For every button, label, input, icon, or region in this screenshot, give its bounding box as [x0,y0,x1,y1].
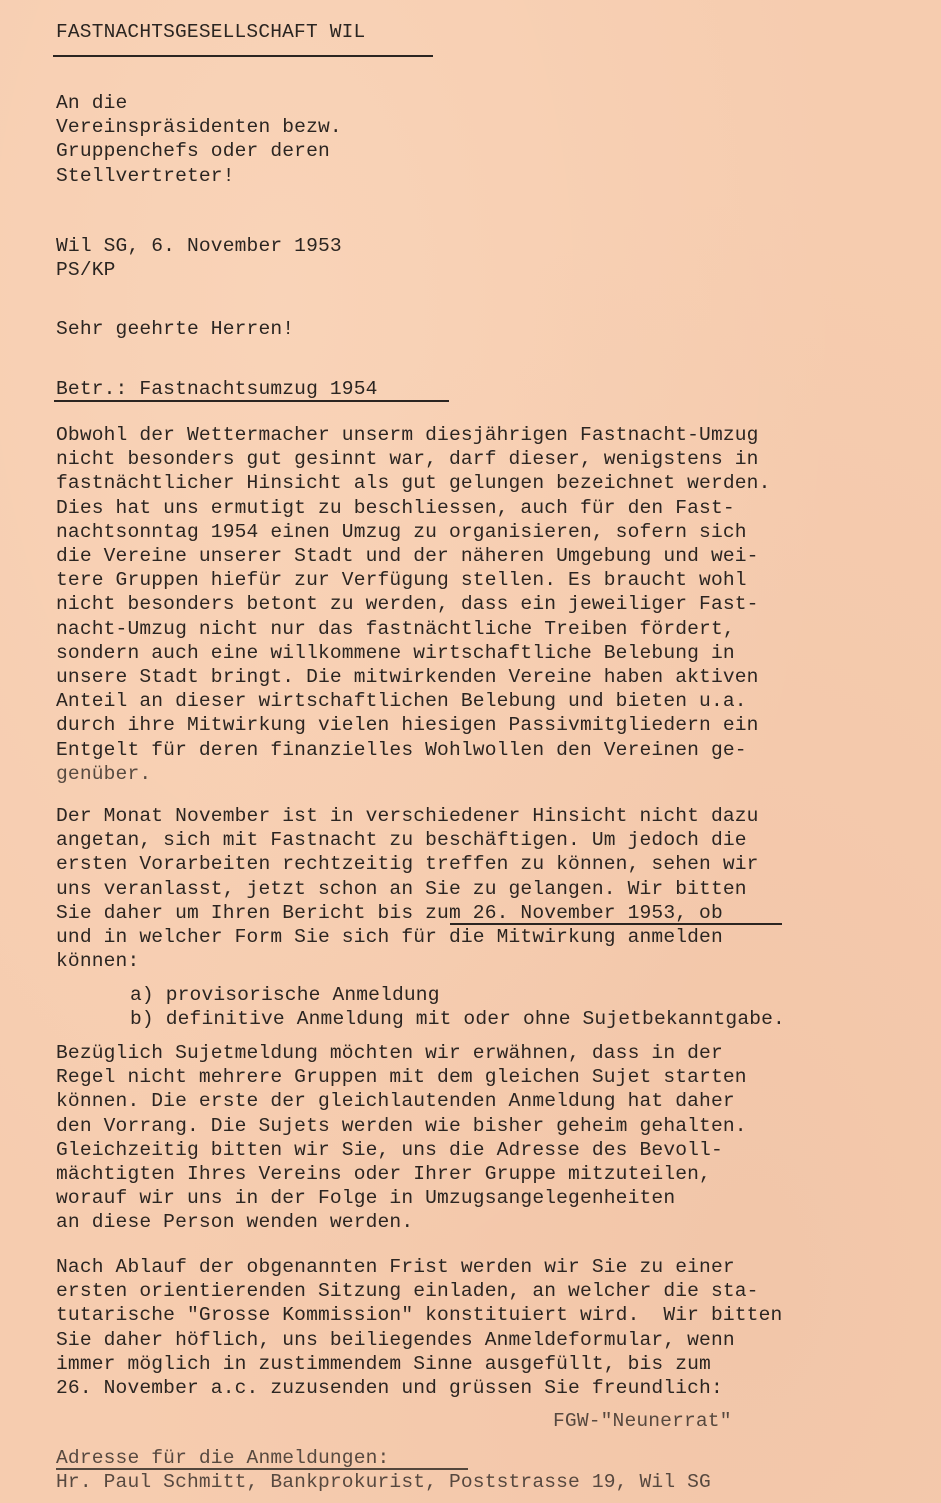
option-item: a) provisorische Anmeldung [130,983,785,1007]
text-line: ersten orientierenden Sitzung einladen, … [56,1279,782,1303]
text-line: Anteil an dieser wirtschaftlichen Belebu… [56,689,771,713]
subject-line: Betr.: Fastnachtsumzug 1954 [56,377,378,401]
text-line: Obwohl der Wettermacher unserm diesjähri… [56,423,771,447]
text-line: Der Monat November ist in verschiedener … [56,804,759,828]
text-line: genüber. [56,762,771,786]
date-block: Wil SG, 6. November 1953 PS/KP [56,234,342,282]
letter-page: FASTNACHTSGESELLSCHAFT WIL An die Verein… [0,0,941,1503]
subject-underline [54,400,449,402]
text-line: worauf wir uns in der Folge in Umzugsang… [56,1186,747,1210]
text-line: sondern auch eine willkommene wirtschaft… [56,641,771,665]
text-line: immer möglich in zustimmendem Sinne ausg… [56,1352,782,1376]
text-line: durch ihre Mitwirkung vielen hiesigen Pa… [56,713,771,737]
address-label: Adresse für die Anmeldungen: [56,1446,711,1470]
paragraph-4: Nach Ablauf der obgenannten Frist werden… [56,1255,782,1400]
address-label-underline [56,1468,468,1470]
letterhead-underline [53,55,433,57]
text-line: können: [56,949,759,973]
text-line: tutarische "Grosse Kommission" konstitui… [56,1303,782,1327]
paragraph-1: Obwohl der Wettermacher unserm diesjähri… [56,423,771,786]
date: Wil SG, 6. November 1953 [56,234,342,258]
text-line: an diese Person wenden werden. [56,1210,747,1234]
registration-options: a) provisorische Anmeldung b) definitive… [130,983,785,1031]
option-item: b) definitive Anmeldung mit oder ohne Su… [130,1007,785,1031]
text-line: uns veranlasst, jetzt schon an Sie zu ge… [56,877,759,901]
addressee-line: Stellvertreter! [56,164,342,188]
text-line: nacht-Umzug nicht nur das fastnächtliche… [56,617,771,641]
addressee-line: Vereinspräsidenten bezw. [56,115,342,139]
text-line: Entgelt für deren finanzielles Wohlwolle… [56,738,771,762]
text-line: die Vereine unserer Stadt und der nähere… [56,544,771,568]
text-line: tere Gruppen hiefür zur Verfügung stelle… [56,568,771,592]
text-line: Gleichzeitig bitten wir Sie, uns die Adr… [56,1138,747,1162]
text-line: und in welcher Form Sie sich für die Mit… [56,925,759,949]
text-line: nicht besonders betont zu werden, dass e… [56,592,771,616]
signature: FGW-"Neunerrat" [553,1409,732,1433]
text-line: nicht besonders gut gesinnt war, darf di… [56,447,771,471]
text-line: können. Die erste der gleichlautenden An… [56,1089,747,1113]
text-line: Regel nicht mehrere Gruppen mit dem glei… [56,1065,747,1089]
salutation: Sehr geehrte Herren! [56,317,294,341]
addressee-block: An die Vereinspräsidenten bezw. Gruppenc… [56,91,342,188]
registration-address: Adresse für die Anmeldungen: Hr. Paul Sc… [56,1446,711,1494]
letterhead: FASTNACHTSGESELLSCHAFT WIL [56,20,365,44]
deadline-underline [450,923,782,925]
text-line: angetan, sich mit Fastnacht zu beschäfti… [56,828,759,852]
paragraph-3: Bezüglich Sujetmeldung möchten wir erwäh… [56,1041,747,1235]
address-value: Hr. Paul Schmitt, Bankprokurist, Poststr… [56,1470,711,1494]
text-line: Nach Ablauf der obgenannten Frist werden… [56,1255,782,1279]
text-line: den Vorrang. Die Sujets werden wie bishe… [56,1114,747,1138]
text-line: Sie daher um Ihren Bericht bis zum 26. N… [56,901,759,925]
text-line: 26. November a.c. zuzusenden und grüssen… [56,1376,782,1400]
text-line: Sie daher höflich, uns beiliegendes Anme… [56,1328,782,1352]
text-line: mächtigten Ihres Vereins oder Ihrer Grup… [56,1162,747,1186]
text-line: nachtsonntag 1954 einen Umzug zu organis… [56,520,771,544]
text-line: ersten Vorarbeiten rechtzeitig treffen z… [56,852,759,876]
addressee-line: An die [56,91,342,115]
text-line: Bezüglich Sujetmeldung möchten wir erwäh… [56,1041,747,1065]
text-line: unsere Stadt bringt. Die mitwirkenden Ve… [56,665,771,689]
addressee-line: Gruppenchefs oder deren [56,139,342,163]
reference: PS/KP [56,258,342,282]
paragraph-2: Der Monat November ist in verschiedener … [56,804,759,973]
text-line: fastnächtlicher Hinsicht als gut gelunge… [56,471,771,495]
text-line: Dies hat uns ermutigt zu beschliessen, a… [56,496,771,520]
